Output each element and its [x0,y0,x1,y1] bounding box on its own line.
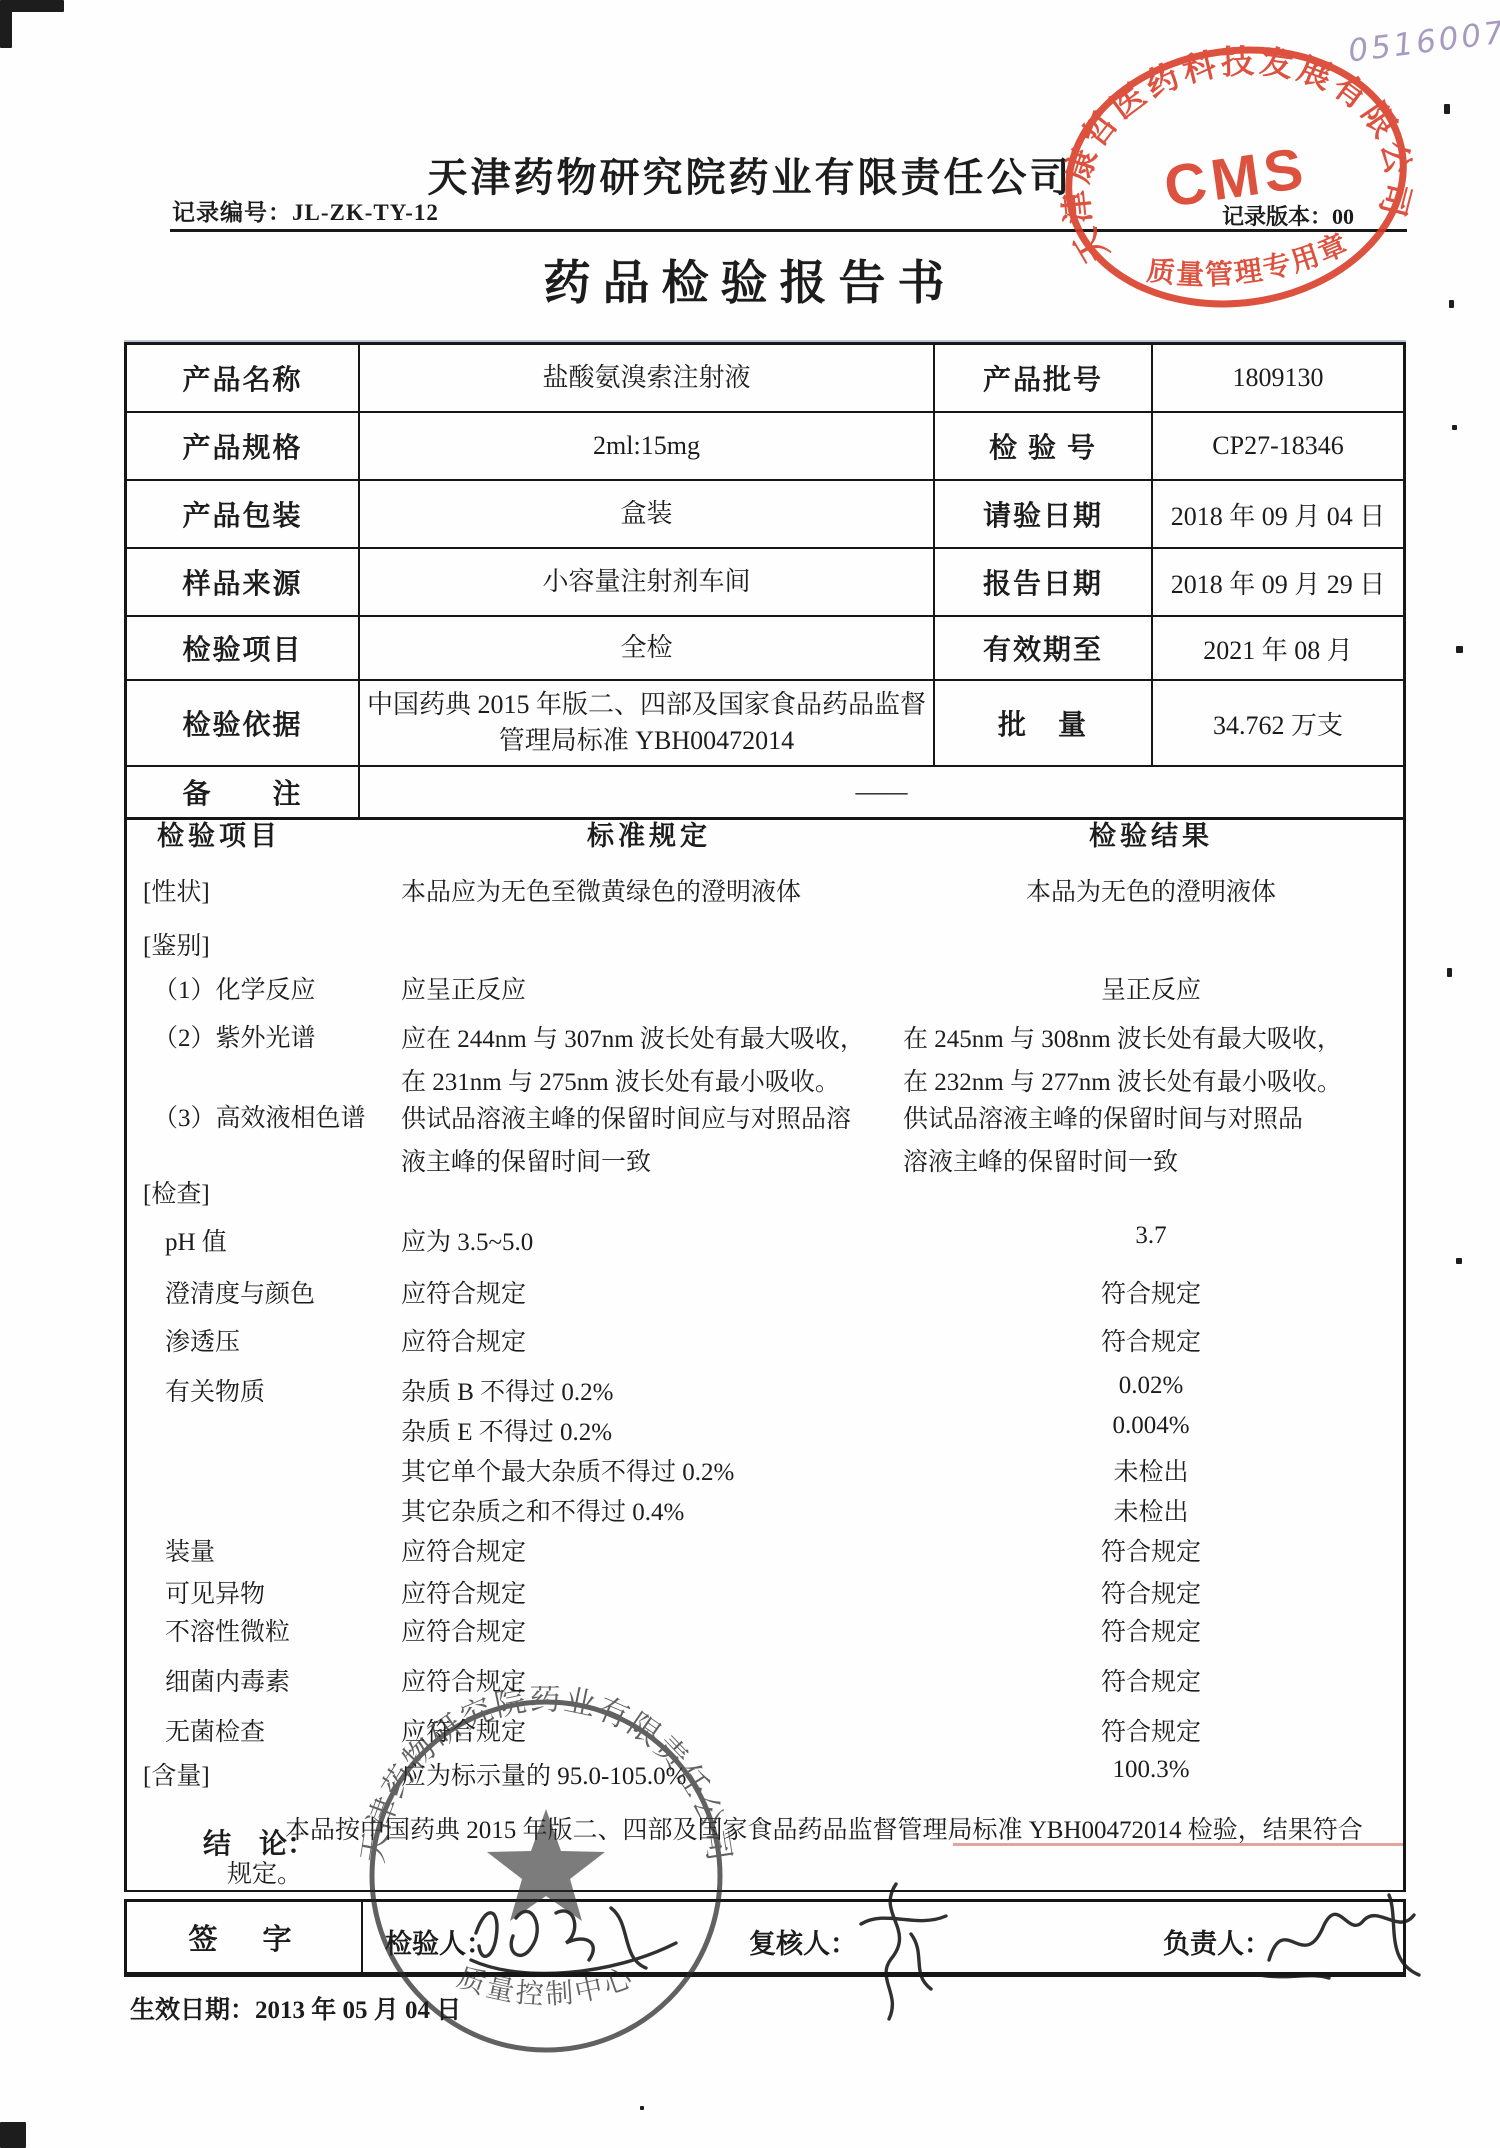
test-item: [含量] [127,1756,399,1792]
result [899,926,1403,962]
result: 在 245nm 与 308nm 波长处有最大吸收， 在 232nm 与 277n… [899,1018,1403,1104]
info-label: 产品规格 [127,413,360,479]
standard [399,926,899,962]
scan-artifact [640,2106,644,2110]
standard: 应为 3.5~5.0 [399,1222,899,1258]
test-item: 有关物质 [127,1372,399,1408]
standard: 供试品溶液主峰的保留时间应与对照品溶 液主峰的保留时间一致 [399,1098,899,1184]
reviewer-signature [841,1874,971,2024]
info-value: 盒装 [360,481,935,547]
test-item [127,1492,399,1528]
record-number-value: JL-ZK-TY-12 [292,200,439,225]
result: 供试品溶液主峰的保留时间与对照品 溶液主峰的保留时间一致 [899,1098,1403,1184]
record-number-label: 记录编号： [172,200,292,225]
info-value: 2018 年 09 月 04 日 [1153,481,1403,547]
info-value: 34.762 万支 [1153,681,1403,765]
conclusion-text: 本品按中国药典 2015 年版二、四部及国家食品药品监督管理局标准 YBH004… [285,1810,1395,1846]
standard: 本品应为无色至微黄绿色的澄明液体 [399,872,899,908]
info-label: 检 验 号 [935,413,1153,479]
info-value: 2021 年 08 月 [1153,617,1403,679]
info-label: 产品包装 [127,481,360,547]
result-row: 不溶性微粒 应符合规定 符合规定 [127,1612,1403,1648]
result-row: 可见异物 应符合规定 符合规定 [127,1574,1403,1610]
scan-artifact [1452,425,1457,430]
standard: 杂质 B 不得过 0.2% [399,1372,899,1408]
signature-row: 签 字 检验人： 复核人： 负责人： [124,1899,1406,1977]
column-header-result: 检验结果 [899,814,1403,853]
scan-artifact [0,0,12,48]
table-row: 样品来源 小容量注射剂车间 报告日期 2018 年 09 月 29 日 [127,549,1403,617]
result-row: [鉴别] [127,926,1403,962]
result-row: （2）紫外光谱 应在 244nm 与 307nm 波长处有最大吸收， 在 231… [127,1018,1403,1104]
record-version-label: 记录版本： [1222,204,1332,229]
standard: 应符合规定 [399,1712,899,1748]
effective-date: 生效日期：2013 年 05 月 04 日 [130,1990,461,2026]
standard: 应符合规定 [399,1662,899,1698]
standard: 应在 244nm 与 307nm 波长处有最大吸收， 在 231nm 与 275… [399,1018,899,1104]
result: 0.004% [899,1412,1403,1448]
test-item [127,1412,399,1448]
result-row: pH 值 应为 3.5~5.0 3.7 [127,1222,1403,1258]
result: 未检出 [899,1452,1403,1488]
responsible-signature [1249,1880,1439,1990]
scan-artifact [0,2122,26,2148]
test-item: 不溶性微粒 [127,1612,399,1648]
effective-date-value: 2013 年 05 月 04 日 [255,1997,461,2024]
result-row: 细菌内毒素 应符合规定 符合规定 [127,1662,1403,1698]
standard: 杂质 E 不得过 0.2% [399,1412,899,1448]
result-row: 其它杂质之和不得过 0.4% 未检出 [127,1492,1403,1528]
record-version: 记录版本：00 [1222,200,1354,231]
info-value: CP27-18346 [1153,413,1403,479]
result-row: （1）化学反应 应呈正反应 呈正反应 [127,970,1403,1006]
handwritten-code: 0516007 [1346,14,1500,69]
result-row: [检查] [127,1174,1403,1210]
table-row: 检验项目 全检 有效期至 2021 年 08 月 [127,617,1403,681]
conclusion-text: 规定。 [227,1854,302,1890]
table-row: 产品包装 盒装 请验日期 2018 年 09 月 04 日 [127,481,1403,549]
result-row: 无菌检查 应符合规定 符合规定 [127,1712,1403,1748]
table-row: 产品名称 盐酸氨溴索注射液 产品批号 1809130 [127,345,1403,413]
table-row: 检验依据 中国药典 2015 年版二、四部及国家食品药品监督 管理局标准 YBH… [127,681,1403,767]
standard: 其它单个最大杂质不得过 0.2% [399,1452,899,1488]
info-label: 报告日期 [935,549,1153,615]
standard: 应符合规定 [399,1574,899,1610]
signature-area: 检验人： 复核人： 负责人： [363,1902,1403,1972]
standard-line: 供试品溶液主峰的保留时间应与对照品溶 [401,1098,899,1141]
info-value: 2018 年 09 月 29 日 [1153,549,1403,615]
result: 本品为无色的澄明液体 [899,872,1403,908]
effective-date-label: 生效日期： [130,1997,255,2024]
scan-artifact [1447,968,1452,977]
standard: 应符合规定 [399,1274,899,1310]
column-header-standard: 标准规定 [399,814,899,853]
company-name: 天津药物研究院药业有限责任公司 [0,146,1500,203]
result: 100.3% [899,1756,1403,1792]
info-label: 检验依据 [127,681,360,765]
result-row: 杂质 E 不得过 0.2% 0.004% [127,1412,1403,1448]
info-value: 小容量注射剂车间 [360,549,935,615]
info-label: 检验项目 [127,617,360,679]
signature-label: 签 字 [127,1902,363,1972]
standard: 应呈正反应 [399,970,899,1006]
result-line: 供试品溶液主峰的保留时间与对照品 [903,1098,1403,1141]
test-item: （1）化学反应 [127,970,399,1006]
test-item [127,1452,399,1488]
page-title: 药品检验报告书 [0,246,1500,313]
scan-artifact [1456,1258,1462,1264]
result-row: 其它单个最大杂质不得过 0.2% 未检出 [127,1452,1403,1488]
result: 未检出 [899,1492,1403,1528]
info-value: 全检 [360,617,935,679]
column-header-item: 检验项目 [127,814,399,853]
result: 符合规定 [899,1712,1403,1748]
result: 符合规定 [899,1322,1403,1358]
result-row: 装量 应符合规定 符合规定 [127,1532,1403,1568]
standard [399,1174,899,1210]
test-item: 装量 [127,1532,399,1568]
result-row: （3）高效液相色谱 供试品溶液主峰的保留时间应与对照品溶 液主峰的保留时间一致 … [127,1098,1403,1184]
info-label: 产品名称 [127,345,360,411]
result-row: 渗透压 应符合规定 符合规定 [127,1322,1403,1358]
result: 0.02% [899,1372,1403,1408]
scan-artifact [1444,104,1450,114]
test-item: （2）紫外光谱 [127,1018,399,1104]
result-line: 在 245nm 与 308nm 波长处有最大吸收， [903,1018,1403,1061]
test-item: （3）高效液相色谱 [127,1098,399,1184]
info-label: 请验日期 [935,481,1153,547]
test-item: [鉴别] [127,926,399,962]
info-label: 产品批号 [935,345,1153,411]
result: 符合规定 [899,1612,1403,1648]
test-item: 细菌内毒素 [127,1662,399,1698]
result: 符合规定 [899,1662,1403,1698]
test-item: 无菌检查 [127,1712,399,1748]
test-item: pH 值 [127,1222,399,1258]
test-item: 可见异物 [127,1574,399,1610]
result-row: [性状] 本品应为无色至微黄绿色的澄明液体 本品为无色的澄明液体 [127,872,1403,908]
result: 3.7 [899,1222,1403,1258]
standard: 应符合规定 [399,1322,899,1358]
result [899,1174,1403,1210]
result-row: 澄清度与颜色 应符合规定 符合规定 [127,1274,1403,1310]
info-label: 样品来源 [127,549,360,615]
record-version-value: 00 [1332,204,1354,229]
result: 符合规定 [899,1274,1403,1310]
info-value: 中国药典 2015 年版二、四部及国家食品药品监督 管理局标准 YBH00472… [360,681,935,765]
result-row: 有关物质 杂质 B 不得过 0.2% 0.02% [127,1372,1403,1408]
info-label: 批 量 [935,681,1153,765]
test-item: 渗透压 [127,1322,399,1358]
info-value: 盐酸氨溴索注射液 [360,345,935,411]
standard: 应符合规定 [399,1612,899,1648]
test-results-section: 检验项目 标准规定 检验结果 [性状] 本品应为无色至微黄绿色的澄明液体 本品为… [124,806,1406,1892]
red-underline-artifact [953,1843,1403,1846]
header-divider [170,229,1407,232]
results-header: 检验项目 标准规定 检验结果 [127,814,1403,853]
inspector-signature [461,1888,691,1988]
info-value: 2ml:15mg [360,413,935,479]
table-row: 产品规格 2ml:15mg 检 验 号 CP27-18346 [127,413,1403,481]
standard: 应为标示量的 95.0-105.0% [399,1756,899,1792]
inspection-report-page: 记录编号：JL-ZK-TY-12 天津药物研究院药业有限责任公司 记录版本：00… [0,0,1500,2148]
result-row: [含量] 应为标示量的 95.0-105.0% 100.3% [127,1756,1403,1792]
product-info-table: 产品名称 盐酸氨溴索注射液 产品批号 1809130 产品规格 2ml:15mg… [124,342,1406,820]
result: 符合规定 [899,1532,1403,1568]
test-item: [检查] [127,1174,399,1210]
info-label: 有效期至 [935,617,1153,679]
standard: 应符合规定 [399,1532,899,1568]
result: 呈正反应 [899,970,1403,1006]
info-value: 1809130 [1153,345,1403,411]
scan-artifact [1456,646,1463,653]
standard-line: 应在 244nm 与 307nm 波长处有最大吸收， [401,1018,899,1061]
result: 符合规定 [899,1574,1403,1610]
test-item: [性状] [127,872,399,908]
test-item: 澄清度与颜色 [127,1274,399,1310]
standard: 其它杂质之和不得过 0.4% [399,1492,899,1528]
